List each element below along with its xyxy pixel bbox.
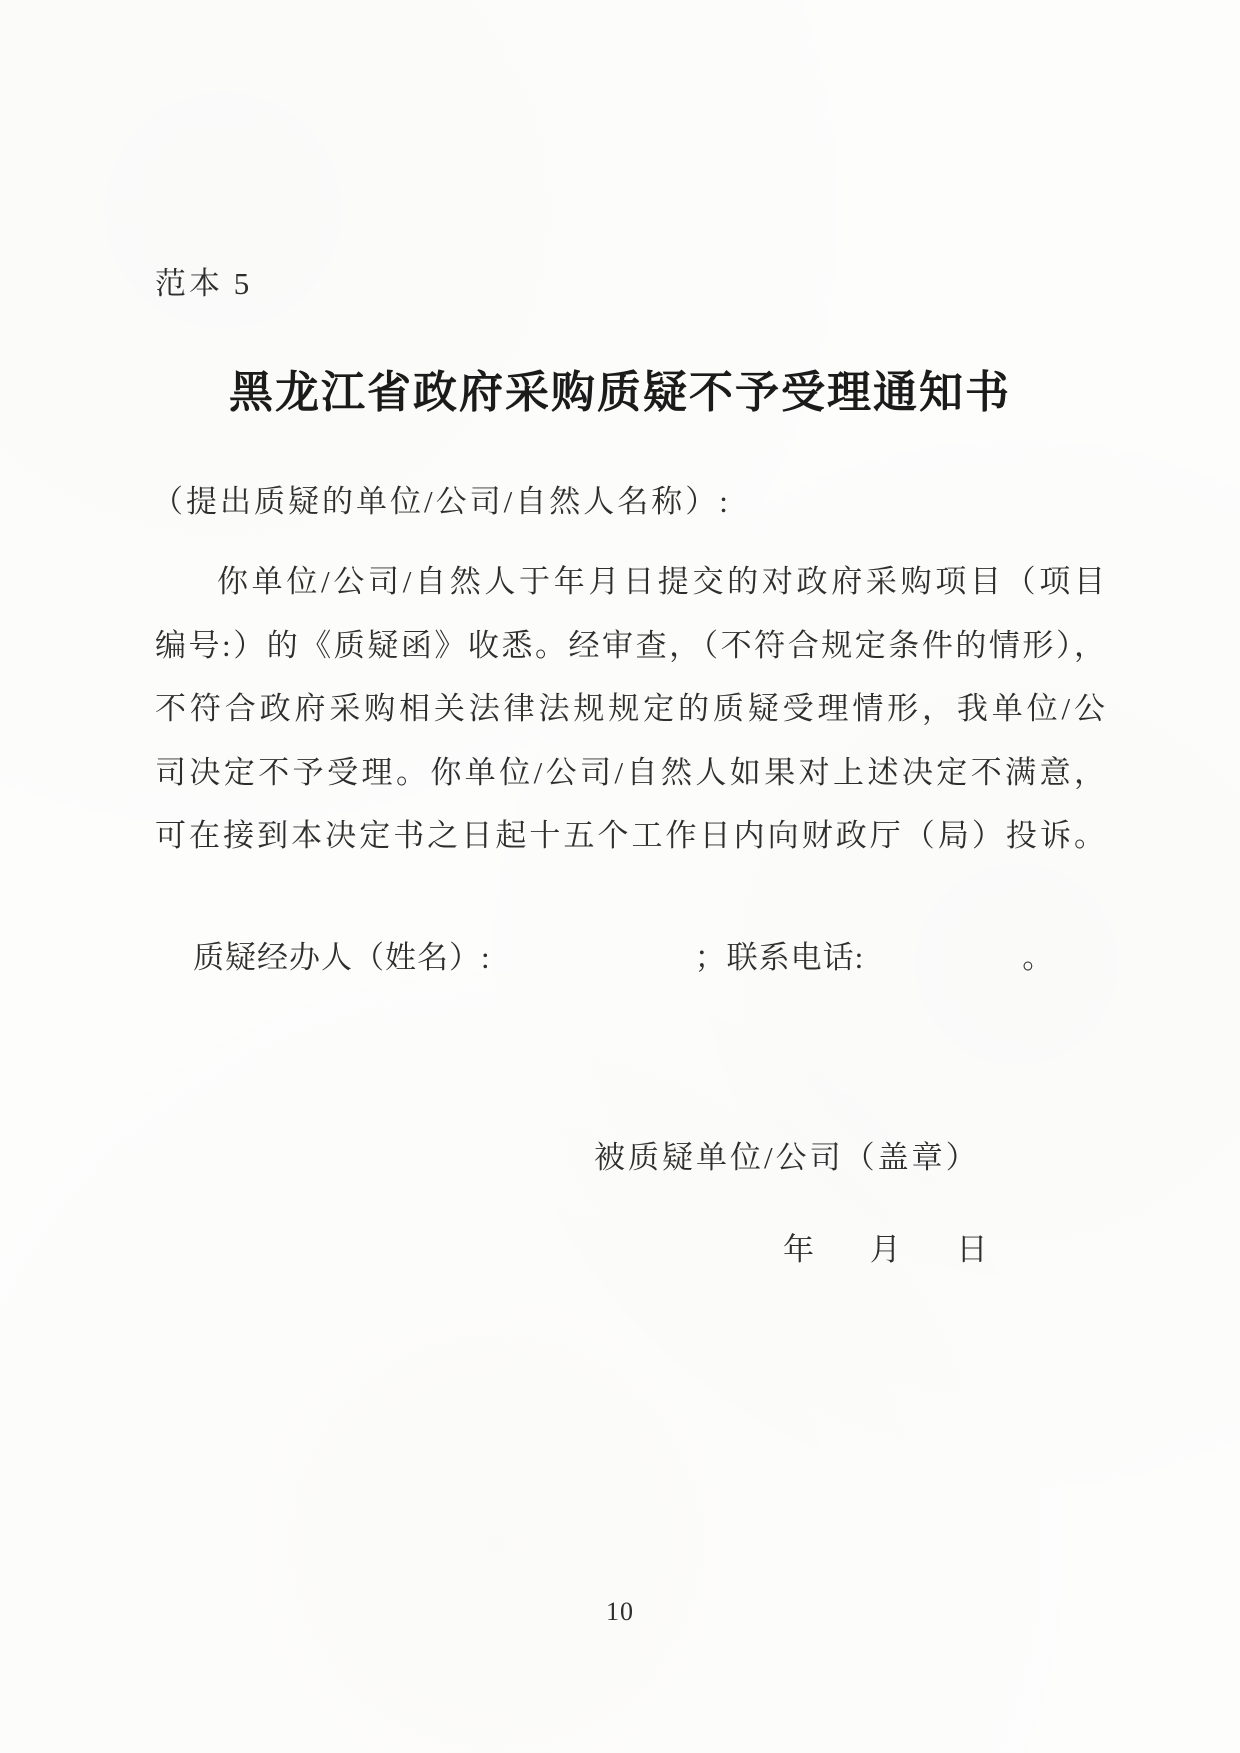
body-line: 可在接到本决定书之日起十五个工作日内向财政厅（局）投诉。	[155, 816, 1105, 880]
date-year-label: 年	[783, 1224, 814, 1269]
body-paragraph: 你单位/公司/自然人于年月日提交的对政府采购项目（项目 编号:）的《质疑函》收悉…	[155, 562, 1105, 880]
body-line: 司决定不予受理。你单位/公司/自然人如果对上述决定不满意，	[155, 753, 1105, 817]
handler-separator: ；	[695, 940, 727, 975]
date-line: 年 月 日	[783, 1224, 988, 1269]
scanned-document-page: 范本 5 黑龙江省政府采购质疑不予受理通知书 （提出质疑的单位/公司/自然人名称…	[0, 0, 1240, 1753]
document-title: 黑龙江省政府采购质疑不予受理通知书	[0, 356, 1240, 420]
body-line: 编号:）的《质疑函》收悉。经审查，（不符合规定条件的情形），	[155, 626, 1105, 690]
template-number-label: 范本 5	[155, 258, 252, 303]
page-number: 10	[0, 1597, 1240, 1627]
recipient-name-line: （提出质疑的单位/公司/自然人名称）:	[152, 476, 731, 521]
phone-label: 联系电话:	[727, 940, 865, 975]
handler-contact-line: 质疑经办人（姓名）:；联系电话:。	[193, 932, 1054, 977]
date-month-label: 月	[870, 1224, 901, 1269]
signature-seal-line: 被质疑单位/公司（盖章）	[594, 1132, 980, 1177]
body-line: 不符合政府采购相关法律法规规定的质疑受理情形，我单位/公	[155, 689, 1105, 753]
date-day-label: 日	[957, 1224, 988, 1269]
body-line: 你单位/公司/自然人于年月日提交的对政府采购项目（项目	[155, 562, 1105, 626]
handler-name-label: 质疑经办人（姓名）:	[193, 940, 491, 975]
sentence-terminator: 。	[1022, 940, 1054, 975]
